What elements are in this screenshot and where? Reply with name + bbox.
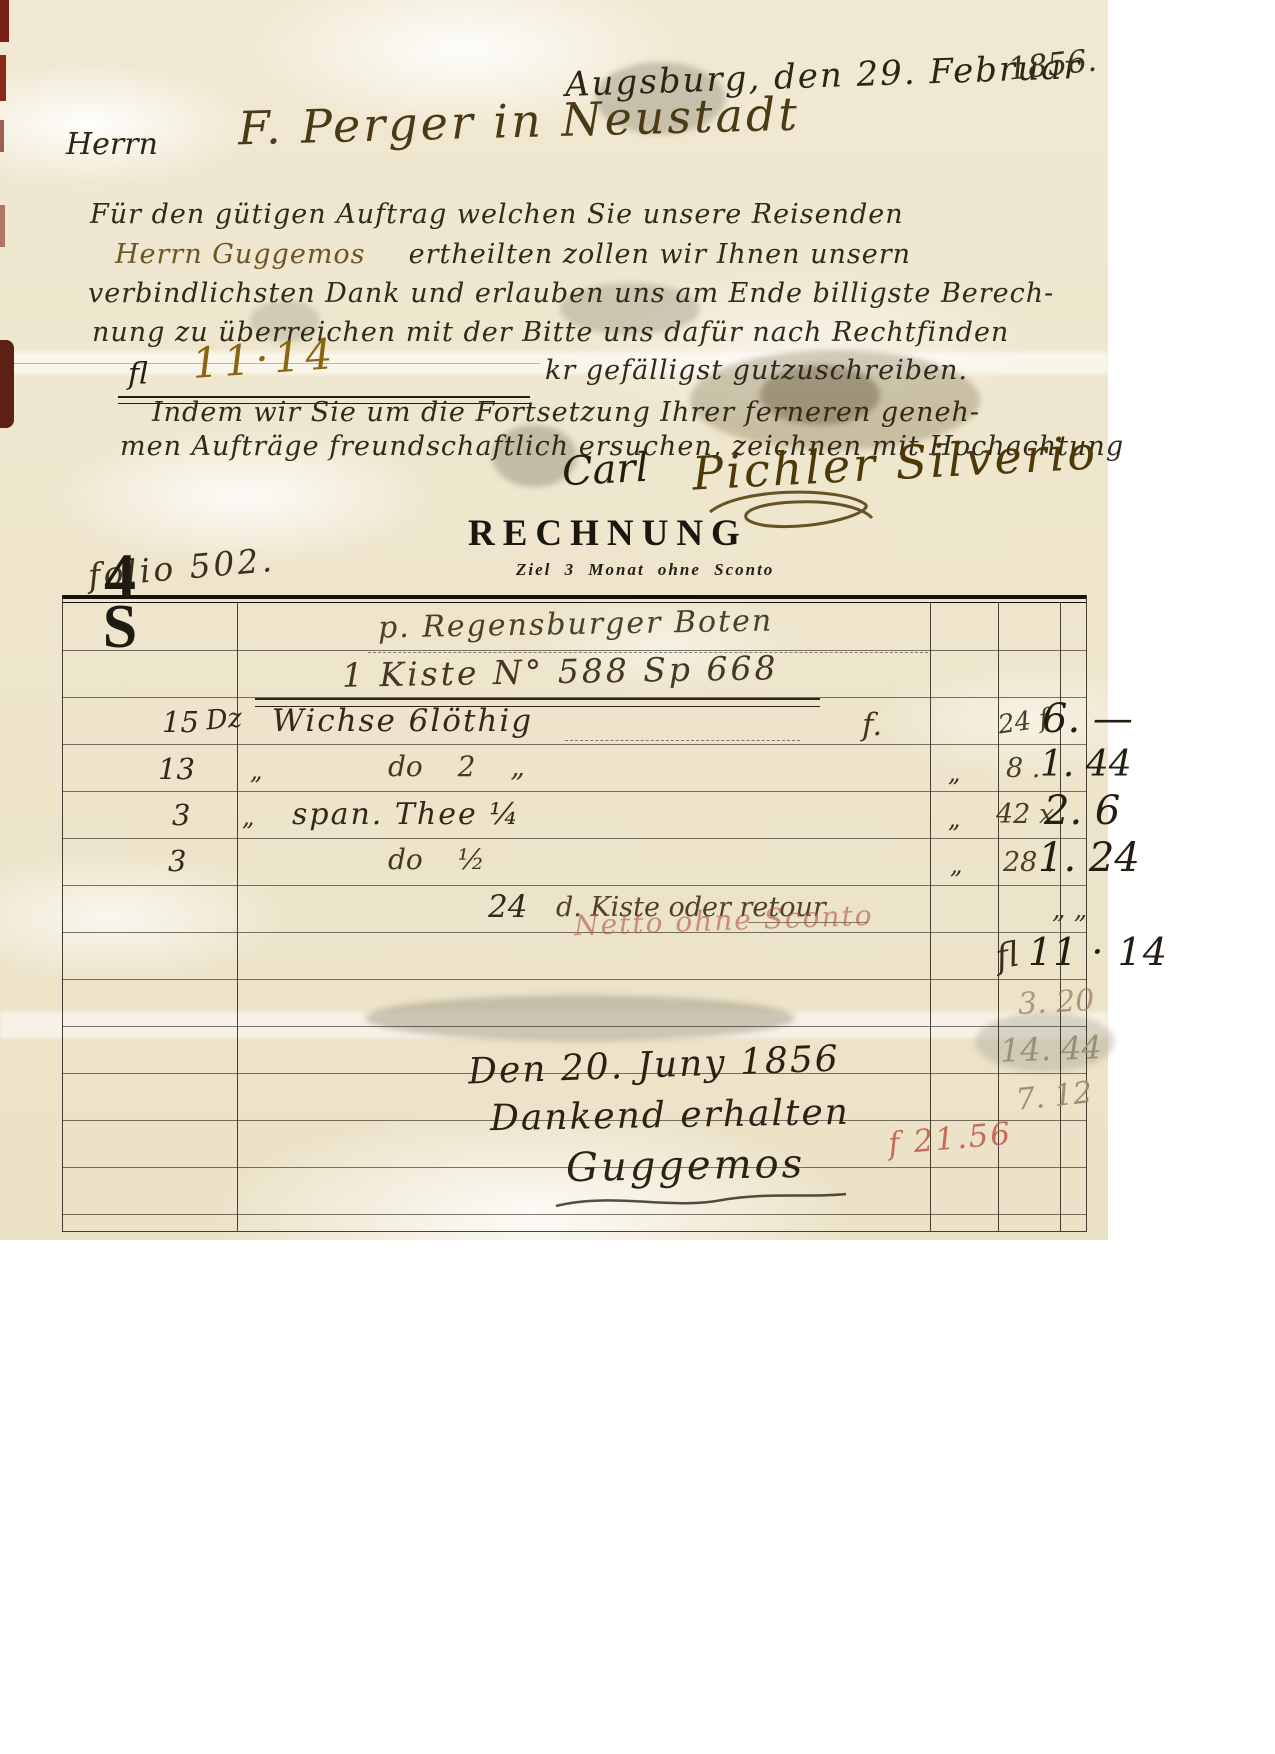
item-qty: 3 [168, 846, 186, 878]
body-line-2: Herrn Guggemos ertheilten zollen wir Ihn… [115, 240, 911, 270]
scanned-invoice-page: Augsburg, den 29. Februar 1856. Herrn F.… [0, 0, 1275, 1754]
amount-currency: fl [128, 358, 148, 391]
item-amount: 1. 44 [1040, 745, 1132, 785]
table-bottom-border [62, 1231, 1086, 1232]
invoice-terms: Ziel 3 Monat ohne Sconto [516, 560, 774, 580]
receipt-signature-flourish [552, 1188, 852, 1214]
amount-value: 11·14 [191, 331, 339, 387]
item-unit: „ [242, 804, 254, 830]
item-amount: 6. — [1042, 697, 1133, 741]
item-qty: 24 [488, 890, 527, 924]
body-line-6: Indem wir Sie um die Fortsetzung Ihrer f… [152, 398, 980, 428]
item-ditto: „ [950, 852, 962, 878]
edge-mark [0, 340, 14, 428]
total-value: 11 · 14 [1028, 932, 1168, 974]
item-fl-mark: f. [862, 708, 882, 742]
body-line-2-rest: ertheilten zollen wir Ihnen unsern [409, 239, 911, 270]
monogram: 4 S [90, 550, 150, 653]
item-qty: 3 [172, 800, 190, 832]
package-line: 1 Kiste N° 588 Sp 668 [342, 650, 779, 694]
table-top-border [62, 595, 1086, 599]
signature-first-name: Carl [561, 446, 650, 494]
pencil-amount: 3. 20 [1017, 984, 1095, 1021]
body-line-3: verbindlichsten Dank und erlauben uns am… [88, 279, 1054, 309]
shipping-note: p. Regensburger Boten [378, 605, 774, 645]
item-qty: 15 [162, 707, 199, 739]
receipt-acknowledgement: Dankend erhalten [490, 1093, 851, 1139]
item-unit: „ [250, 758, 262, 784]
item-desc: do 2 „ [388, 752, 525, 783]
edge-mark [0, 0, 9, 42]
item-unit: Dz [205, 703, 243, 736]
item-guide-dots [565, 740, 800, 741]
item-ditto: „ [948, 760, 960, 786]
item-amount: 1. 24 [1038, 836, 1140, 880]
item-qty: 13 [158, 754, 195, 786]
body-line-1: Für den gütigen Auftrag welchen Sie unse… [90, 200, 904, 230]
edge-mark [0, 120, 4, 152]
item-ditto: „ „ [1052, 896, 1087, 925]
item-amount: 2. 6 [1044, 789, 1120, 833]
salutation: Herrn [66, 128, 158, 161]
edge-mark [0, 55, 6, 101]
item-desc: span. Thee ¼ [292, 798, 520, 831]
amount-suffix: kr gefälligst gutzuschreiben. [545, 356, 968, 386]
monogram-bottom: S [90, 602, 150, 653]
receipt-signature: Guggemos [566, 1142, 806, 1190]
table-top-border-inner [62, 602, 1086, 603]
invoice-title: RECHNUNG [468, 512, 748, 555]
item-ditto: „ [948, 806, 960, 832]
body-line-2-name: Herrn Guggemos [115, 239, 366, 270]
pencil-amount: 14. 44 [999, 1030, 1102, 1069]
item-desc: Wichse 6löthig [272, 704, 533, 738]
edge-mark [0, 205, 5, 247]
pencil-amount: 7. 12 [1014, 1076, 1093, 1117]
item-desc: do ½ [388, 845, 485, 876]
item-price: 8 . [1006, 754, 1040, 784]
